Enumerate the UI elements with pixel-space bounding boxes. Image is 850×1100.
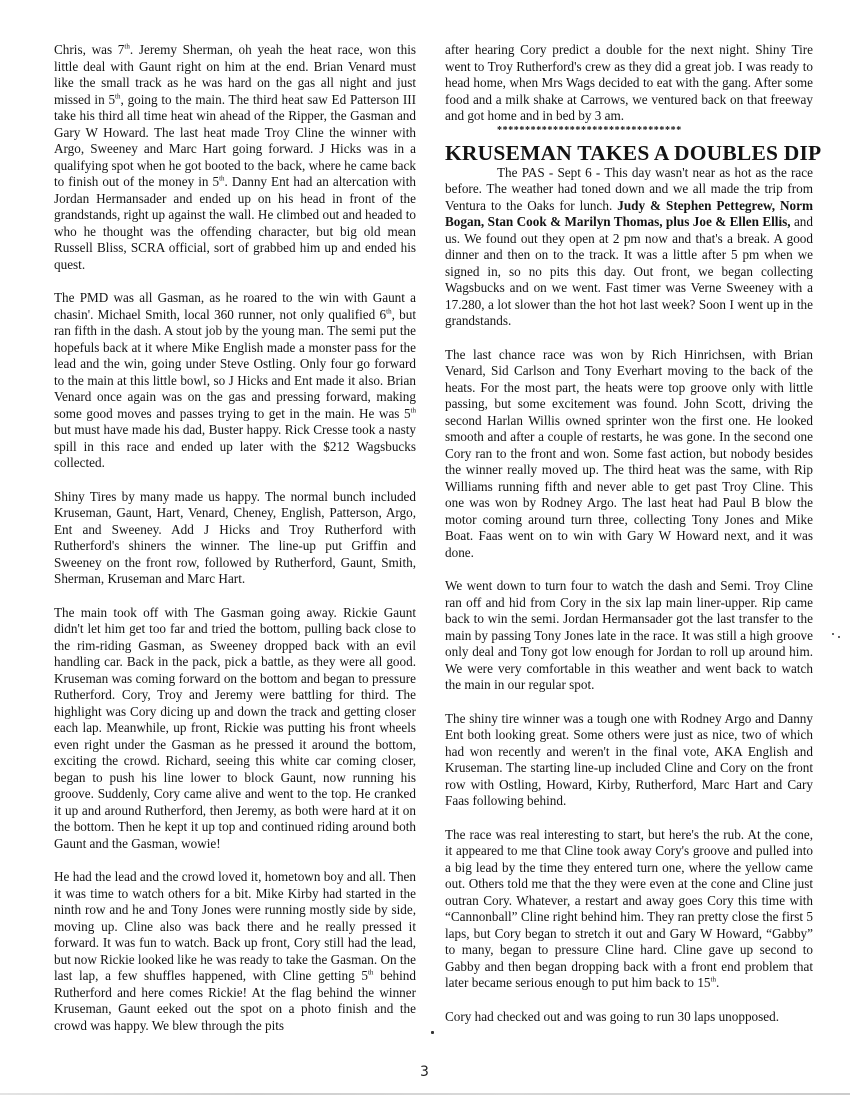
article-paragraph: Shiny Tires by many made us happy. The n… — [54, 489, 416, 588]
page-number: 3 — [420, 1064, 429, 1080]
article-paragraph: Cory had checked out and was going to ru… — [445, 1009, 813, 1026]
page-bottom-edge — [0, 1093, 850, 1095]
scan-speck — [838, 636, 840, 638]
article-headline: KRUSEMAN TAKES A DOUBLES DIP — [445, 141, 813, 165]
scan-speck — [832, 633, 834, 635]
article-paragraph: The last chance race was won by Rich Hin… — [445, 347, 813, 562]
article-paragraph: The PMD was all Gasman, as he roared to … — [54, 290, 416, 472]
left-column: Chris, was 7th. Jeremy Sherman, oh yeah … — [54, 42, 416, 1051]
article-paragraph: The race was real interesting to start, … — [445, 827, 813, 992]
article-intro: The PAS - Sept 6 - This day wasn't near … — [445, 165, 813, 330]
article-continuation: after hearing Cory predict a double for … — [445, 42, 813, 125]
article-paragraph: We went down to turn four to watch the d… — [445, 578, 813, 694]
article-paragraph: Chris, was 7th. Jeremy Sherman, oh yeah … — [54, 42, 416, 273]
intro-rest: and us. We found out they open at 2 pm n… — [445, 214, 813, 328]
section-separator: ********************************* — [497, 125, 813, 137]
article-paragraph: The main took off with The Gasman going … — [54, 605, 416, 853]
article-paragraph: He had the lead and the crowd loved it, … — [54, 869, 416, 1034]
right-column: after hearing Cory predict a double for … — [445, 42, 813, 1042]
article-paragraph: The shiny tire winner was a tough one wi… — [445, 711, 813, 810]
scan-speck — [431, 1031, 434, 1034]
